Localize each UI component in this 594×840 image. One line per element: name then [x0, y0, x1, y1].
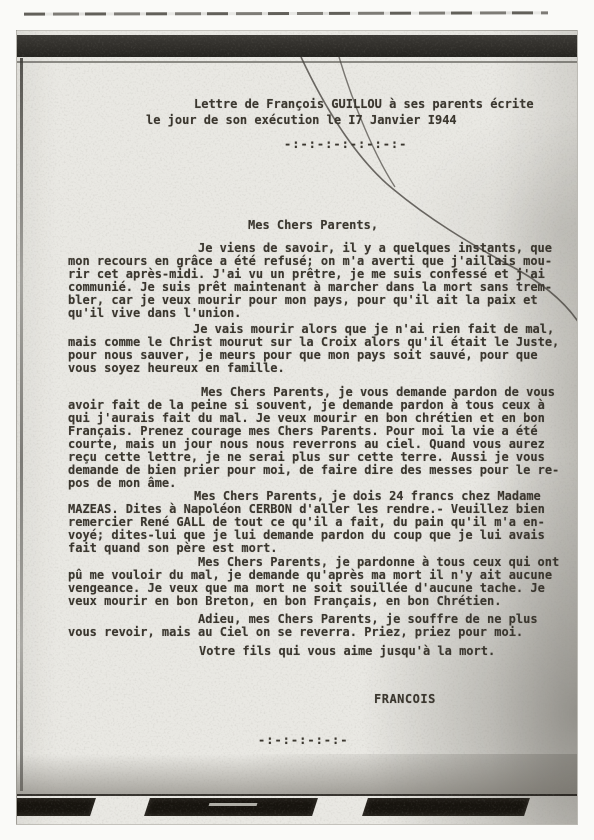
letter-paragraph: Mes Chers Parents, je vous demande pardo…: [68, 386, 574, 490]
letter-paragraph: Adieu, mes Chers Parents, je souffre de …: [68, 613, 574, 639]
letter-paragraph: Je viens de savoir, il y a quelques inst…: [68, 242, 574, 320]
film-strip-segment: [362, 798, 530, 816]
letter-closing: Votre fils qui vous aime jusqu'à la mort…: [68, 645, 574, 658]
letter-paragraph: Mes Chers Parents, je dois 24 francs che…: [68, 490, 574, 555]
scan-artifact-top-line: [24, 11, 548, 15]
letter-paper: Lettre de François GUILLOU à ses parents…: [16, 30, 578, 825]
letter-paragraph: Mes Chers Parents, je pardonne à tous ce…: [68, 556, 574, 608]
scan-bottom-shadow: [17, 754, 577, 794]
letter-title-line1: Lettre de François GUILLOU à ses parents…: [194, 98, 534, 111]
scanned-letter-page: Lettre de François GUILLOU à ses parents…: [0, 0, 594, 840]
scan-left-edge-line: [20, 58, 23, 791]
letter-separator: -:-:-:-:-:-: [68, 734, 574, 747]
letter-paragraph: Je vais mourir alors que je n'ai rien fa…: [68, 323, 574, 375]
scan-top-bar: [17, 35, 577, 57]
letter-signature: FRANCOIS: [68, 693, 574, 706]
letter-salutation: Mes Chers Parents,: [68, 219, 574, 232]
letter-title-line2: le jour de son exécution le I7 Janvier I…: [146, 114, 457, 127]
film-strip-segment: [16, 798, 96, 816]
film-strip-segment: [144, 798, 318, 816]
film-strip: [17, 794, 577, 817]
header-separator: -:-:-:-:-:-:-:-: [284, 138, 407, 151]
film-strip-scratch: [209, 803, 258, 806]
